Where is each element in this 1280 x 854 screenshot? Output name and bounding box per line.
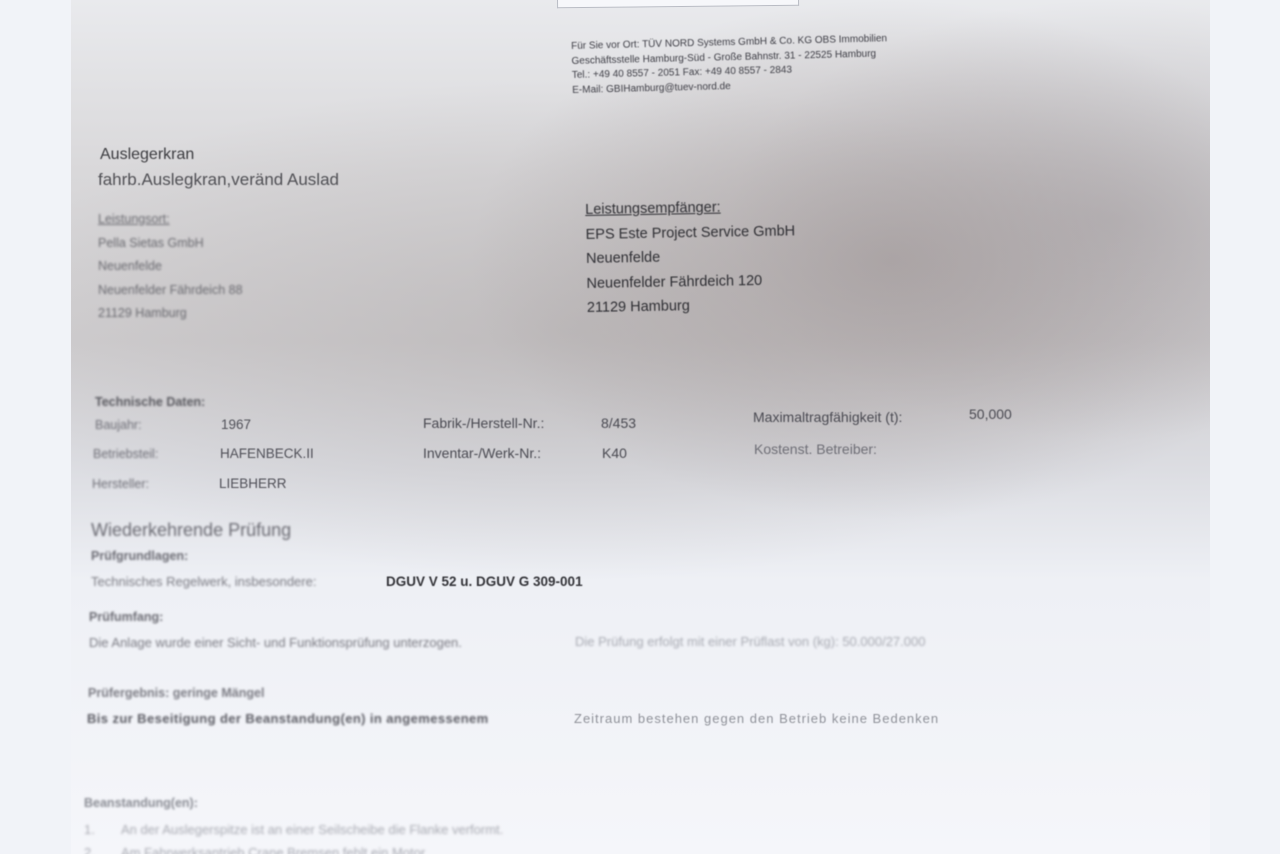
basis-text: Technisches Regelwerk, insbesondere: [91,574,316,589]
defects-label: Beanstandung(en): [84,796,198,810]
tech-value-manufacturer: LIEBHERR [219,476,287,491]
recipient-line: Neuenfelde [586,243,796,271]
defect-item: Am Fahrwerksantrieb Crane Bremsen fehlt … [121,845,425,854]
tech-label-year: Baujahr: [95,418,142,432]
tech-label-department: Betriebsteil: [93,447,158,461]
object-title: Auslegerkran [100,146,194,164]
tuev-contact-header: Für Sie vor Ort: TÜV NORD Systems GmbH &… [571,32,888,98]
tech-value-serial: 8/453 [601,415,636,431]
scope-text-2: Die Prüfung erfolgt mit einer Prüflast v… [575,634,925,649]
tech-label-cost-center: Kostenst. Betreiber: [754,441,877,457]
tech-label-serial: Fabrik-/Herstell-Nr.: [423,415,544,431]
tech-label-inventory: Inventar-/Werk-Nr.: [423,445,541,461]
defect-number: 2. [84,845,95,854]
recipient-line: EPS Este Project Service GmbH [585,219,795,247]
scope-label: Prüfumfang: [89,610,163,624]
section-title-recurring-inspection: Wiederkehrende Prüfung [91,520,291,541]
address-line: Pella Sietas GmbH [98,232,243,256]
service-location-label: Leistungsort: [98,208,243,232]
service-location: Leistungsort: Pella Sietas GmbH Neuenfel… [98,208,243,326]
tech-label-manufacturer: Hersteller: [92,477,149,491]
address-line: Neuenfelde [98,255,243,279]
object-subtitle: fahrb.Auslegkran,veränd Auslad [98,170,339,190]
address-line: 21129 Hamburg [98,302,243,326]
service-recipient: Leistungsempfänger: EPS Este Project Ser… [585,194,797,320]
tech-value-year: 1967 [221,417,251,432]
tech-value-department: HAFENBECK.II [220,446,314,461]
address-line: Neuenfelder Fährdeich 88 [98,279,243,303]
recipient-line: 21129 Hamburg [587,292,797,320]
tech-label-max-capacity: Maximaltragfähigkeit (t): [753,409,902,425]
recipient-line: Neuenfelder Fährdeich 120 [586,268,796,296]
technical-data-heading: Technische Daten: [95,395,205,409]
tech-value-inventory: K40 [602,445,627,461]
result-label: Prüfergebnis: geringe Mängel [88,686,264,700]
basis-label: Prüfgrundlagen: [91,549,188,563]
result-text-2: Zeitraum bestehen gegen den Betrieb kein… [574,711,939,726]
inspection-document: Für Sie vor Ort: TÜV NORD Systems GmbH &… [71,0,1210,854]
scope-text-1: Die Anlage wurde einer Sicht- und Funkti… [89,635,462,650]
recipient-label: Leistungsempfänger: [585,194,795,222]
document-photo: Für Sie vor Ort: TÜV NORD Systems GmbH &… [71,0,1210,854]
basis-value: DGUV V 52 u. DGUV G 309-001 [386,574,583,589]
defect-item: An der Auslegerspitze ist an einer Seils… [121,822,503,837]
tech-value-max-capacity: 50,000 [969,406,1012,422]
defect-number: 1. [84,822,95,837]
result-text-1: Bis zur Beseitigung der Beanstandung(en)… [87,711,489,726]
